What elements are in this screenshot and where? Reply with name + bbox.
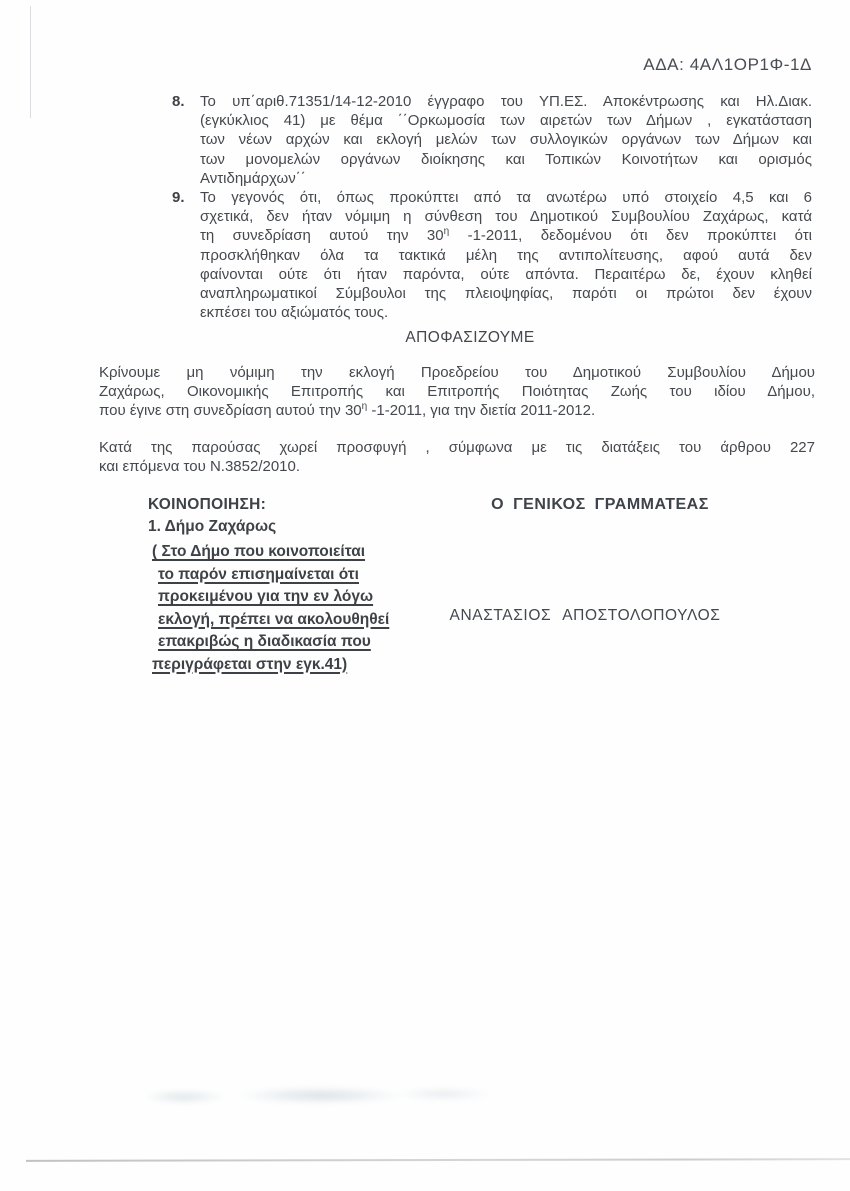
signature-title: Ο ΓΕΝΙΚΟΣ ΓΡΑΜΜΑΤΕΑΣ (440, 496, 760, 514)
decision-paragraph: Κρίνουμε μη νόμιμη την εκλογή Προεδρείου… (99, 363, 815, 421)
document-page: ΑΔΑ: 4ΑΛ1ΟΡ1Φ-1Δ 8. Το υπ΄αριθ.71351/14-… (0, 0, 850, 1191)
text-line: (εγκύκλιος 41) με θέμα ΄΄Ορκωμοσία των α… (200, 111, 812, 130)
numbered-list: 8. Το υπ΄αριθ.71351/14-12-2010 έγγραφο τ… (172, 92, 812, 322)
notification-recipient: 1. Δήμο Ζαχάρως (148, 518, 276, 536)
text-line: Κατά της παρούσας χωρεί προσφυγή , σύμφω… (99, 438, 815, 457)
note-line: προκειμένου για την εν λόγω (152, 586, 482, 609)
text-line: και επόμενα του Ν.3852/2010. (99, 457, 815, 476)
note-line: περιγράφεται στην εγκ.41) (152, 654, 482, 677)
text-line: Το υπ΄αριθ.71351/14-12-2010 έγγραφο του … (200, 92, 812, 111)
text-line: τη συνεδρίαση αυτού την 30η -1-2011, δεδ… (200, 226, 812, 245)
ada-reference-code: ΑΔΑ: 4ΑΛ1ΟΡ1Φ-1Δ (0, 55, 812, 75)
list-item-9-text: Το γεγονός ότι, όπως προκύπτει από τα αν… (200, 188, 812, 322)
text-line: Ζαχάρως, Οικονομικής Επιτροπής και Επιτρ… (99, 382, 815, 401)
appeal-paragraph: Κατά της παρούσας χωρεί προσφυγή , σύμφω… (99, 438, 815, 476)
text-line: φαίνονται ούτε ότι ήταν παρόντα, ούτε απ… (200, 265, 812, 284)
text-line: των μονομελών οργάνων διοίκησης και Τοπι… (200, 150, 812, 169)
text-segment: -1-2011, δεδομένου ότι δεν προκύπτει ότι (449, 227, 812, 244)
text-segment: τη συνεδρίαση αυτού την 30 (200, 227, 444, 244)
text-segment: που έγινε στη συνεδρίαση αυτού την 30 (99, 402, 362, 419)
text-line: Το γεγονός ότι, όπως προκύπτει από τα αν… (200, 188, 812, 207)
text-line: Αντιδημάρχων΄΄ (200, 169, 812, 188)
list-item-9-number: 9. (172, 188, 200, 322)
text-line: εκπέσει του αξιώματός τους. (200, 303, 812, 322)
scan-smudge-artifact (116, 1080, 571, 1108)
notification-heading: ΚΟΙΝΟΠΟΙΗΣΗ: (148, 496, 266, 514)
signature-name: ΑΝΑΣΤΑΣΙΟΣ ΑΠΟΣΤΟΛΟΠΟΥΛΟΣ (420, 607, 750, 625)
text-line: προσκλήθηκαν όλα τα τακτικά μέλη της αντ… (200, 246, 812, 265)
scan-edge-artifact-bottom (26, 1158, 850, 1162)
note-line: επακριβώς η διαδικασία που (152, 631, 482, 654)
list-item-8-text: Το υπ΄αριθ.71351/14-12-2010 έγγραφο του … (200, 92, 812, 188)
note-line: ( Στο Δήμο που κοινοποιείται (152, 541, 482, 564)
text-line: των νέων αρχών και εκλογή μελών των συλλ… (200, 130, 812, 149)
text-line: σχετικά, δεν ήταν νόμιμη η σύνθεση του Δ… (200, 207, 812, 226)
decision-heading: ΑΠΟΦΑΣΙΖΟΥΜΕ (130, 329, 810, 347)
text-line: Κρίνουμε μη νόμιμη την εκλογή Προεδρείου… (99, 363, 815, 382)
text-line: αναπληρωματικοί Σύμβουλοι της πλειοψηφία… (200, 284, 812, 303)
note-line: το παρόν επισημαίνεται ότι (152, 564, 482, 587)
list-item-8: 8. Το υπ΄αριθ.71351/14-12-2010 έγγραφο τ… (172, 92, 812, 188)
list-item-8-number: 8. (172, 92, 200, 188)
text-line: που έγινε στη συνεδρίαση αυτού την 30η -… (99, 401, 815, 420)
text-segment: -1-2011, για την διετία 2011-2012. (367, 402, 595, 419)
list-item-9: 9. Το γεγονός ότι, όπως προκύπτει από τα… (172, 188, 812, 322)
